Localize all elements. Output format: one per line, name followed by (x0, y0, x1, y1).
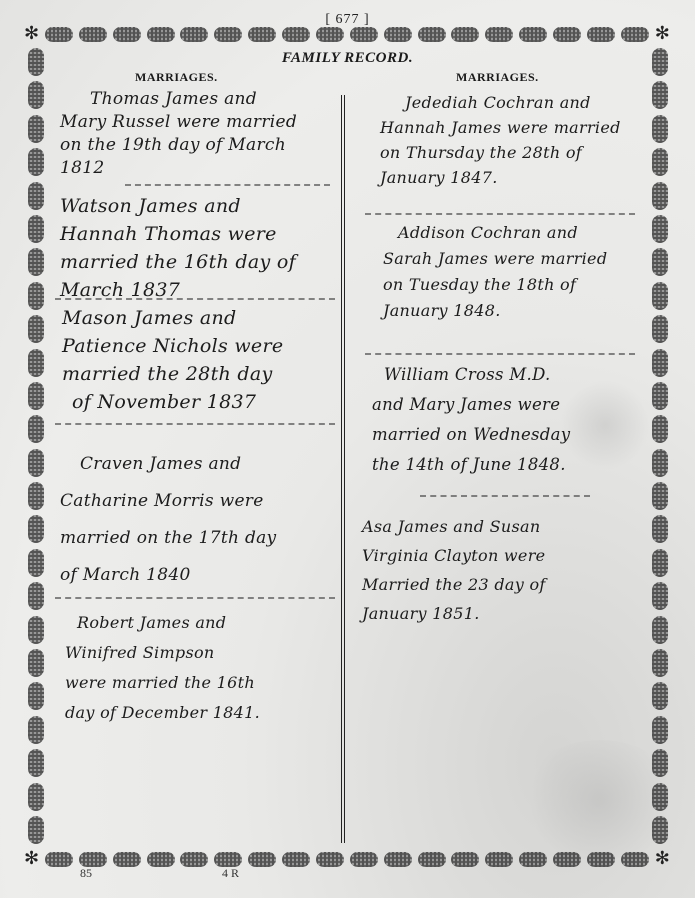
oval-ornament-icon (652, 382, 668, 410)
oval-ornament-icon (248, 27, 276, 42)
oval-ornament-icon (79, 852, 107, 867)
marriage-entry: Craven James and Catharine Morris were m… (60, 446, 276, 594)
oval-ornament-icon (28, 449, 44, 477)
right-column-heading: MARRIAGES. (456, 70, 539, 85)
oval-ornament-icon (28, 649, 44, 677)
marriage-entry: Addison Cochran and Sarah James were mar… (383, 220, 607, 324)
oval-ornament-icon (652, 81, 668, 109)
entry-separator (420, 495, 590, 497)
marriage-entry: Robert James and Winifred Simpson were m… (65, 608, 260, 728)
border-right (650, 48, 670, 844)
entry-separator (365, 353, 635, 355)
asterisk-star-icon: ✻ (24, 850, 39, 868)
footer-sheet-mark: 4 R (222, 866, 239, 881)
oval-ornament-icon (553, 852, 581, 867)
oval-ornament-icon (587, 27, 615, 42)
oval-ornament-icon (214, 852, 242, 867)
oval-ornament-icon (28, 81, 44, 109)
oval-ornament-icon (180, 852, 208, 867)
oval-ornament-icon (652, 215, 668, 243)
entry-separator (55, 597, 335, 599)
oval-ornament-icon (282, 852, 310, 867)
oval-ornament-icon (451, 852, 479, 867)
oval-ornament-icon (652, 649, 668, 677)
oval-ornament-icon (652, 549, 668, 577)
oval-ornament-icon (451, 27, 479, 42)
oval-ornament-icon (147, 27, 175, 42)
oval-ornament-icon (652, 816, 668, 844)
entry-separator (125, 184, 330, 186)
oval-ornament-icon (350, 27, 378, 42)
oval-ornament-icon (28, 115, 44, 143)
oval-ornament-icon (28, 415, 44, 443)
oval-ornament-icon (28, 282, 44, 310)
oval-ornament-icon (28, 783, 44, 811)
oval-ornament-icon (587, 852, 615, 867)
oval-ornament-icon (28, 682, 44, 710)
oval-ornament-icon (28, 749, 44, 777)
border-bottom: ✻ ✻ (24, 849, 670, 869)
oval-ornament-icon (28, 315, 44, 343)
oval-ornament-icon (28, 716, 44, 744)
oval-ornament-icon (147, 852, 175, 867)
oval-ornament-icon (28, 582, 44, 610)
asterisk-star-icon: ✻ (655, 850, 670, 868)
oval-ornament-icon (652, 515, 668, 543)
oval-ornament-icon (652, 182, 668, 210)
oval-ornament-icon (418, 27, 446, 42)
entry-separator (55, 423, 335, 425)
oval-ornament-icon (652, 415, 668, 443)
oval-ornament-icon (621, 27, 649, 42)
oval-ornament-icon (485, 852, 513, 867)
oval-ornament-icon (652, 449, 668, 477)
oval-ornament-icon (652, 749, 668, 777)
oval-ornament-icon (652, 482, 668, 510)
border-left (26, 48, 46, 844)
oval-ornament-icon (45, 852, 73, 867)
oval-ornament-icon (28, 616, 44, 644)
oval-ornament-icon (485, 27, 513, 42)
family-record-page: [ 677 ] ✻ ✻ (0, 0, 695, 898)
marriage-entry: William Cross M.D. and Mary James were m… (372, 360, 570, 480)
oval-ornament-icon (248, 852, 276, 867)
oval-ornament-icon (350, 852, 378, 867)
oval-ornament-icon (28, 549, 44, 577)
marriage-entry: Watson James and Hannah Thomas were marr… (60, 192, 296, 304)
oval-ornament-icon (519, 27, 547, 42)
oval-ornament-icon (553, 27, 581, 42)
oval-ornament-icon (113, 852, 141, 867)
marriage-entry: Mason James and Patience Nichols were ma… (62, 304, 283, 416)
oval-ornament-icon (652, 783, 668, 811)
oval-ornament-icon (113, 27, 141, 42)
oval-ornament-icon (45, 27, 73, 42)
column-divider (341, 95, 345, 843)
oval-ornament-icon (28, 148, 44, 176)
entry-separator (365, 213, 635, 215)
oval-ornament-icon (652, 616, 668, 644)
marriage-entry: Asa James and Susan Virginia Clayton wer… (362, 512, 546, 628)
oval-ornament-icon (180, 27, 208, 42)
oval-ornament-icon (652, 148, 668, 176)
oval-ornament-icon (384, 852, 412, 867)
left-column-heading: MARRIAGES. (135, 70, 218, 85)
oval-ornament-icon (28, 816, 44, 844)
asterisk-star-icon: ✻ (24, 25, 39, 43)
oval-ornament-icon (652, 716, 668, 744)
oval-ornament-icon (214, 27, 242, 42)
oval-ornament-icon (28, 515, 44, 543)
oval-ornament-icon (28, 349, 44, 377)
oval-ornament-icon (652, 282, 668, 310)
oval-ornament-icon (28, 382, 44, 410)
asterisk-star-icon: ✻ (655, 25, 670, 43)
oval-ornament-icon (316, 27, 344, 42)
oval-ornament-icon (652, 248, 668, 276)
oval-ornament-icon (519, 852, 547, 867)
oval-ornament-icon (28, 248, 44, 276)
oval-ornament-icon (652, 582, 668, 610)
oval-ornament-icon (418, 852, 446, 867)
oval-ornament-icon (28, 482, 44, 510)
oval-ornament-icon (652, 315, 668, 343)
oval-ornament-icon (28, 182, 44, 210)
oval-ornament-icon (652, 115, 668, 143)
marriage-entry: Jedediah Cochran and Hannah James were m… (380, 90, 621, 190)
marriage-entry: Thomas James and Mary Russel were marrie… (60, 88, 297, 180)
page-title: FAMILY RECORD. (0, 50, 695, 67)
footer-signature-number: 85 (80, 866, 92, 881)
oval-ornament-icon (316, 852, 344, 867)
border-top: ✻ ✻ (24, 24, 670, 44)
oval-ornament-icon (384, 27, 412, 42)
oval-ornament-icon (28, 215, 44, 243)
entry-separator (55, 298, 335, 300)
oval-ornament-icon (621, 852, 649, 867)
oval-ornament-icon (652, 682, 668, 710)
paper-stain (560, 380, 650, 470)
oval-ornament-icon (282, 27, 310, 42)
oval-ornament-icon (652, 349, 668, 377)
oval-ornament-icon (79, 27, 107, 42)
